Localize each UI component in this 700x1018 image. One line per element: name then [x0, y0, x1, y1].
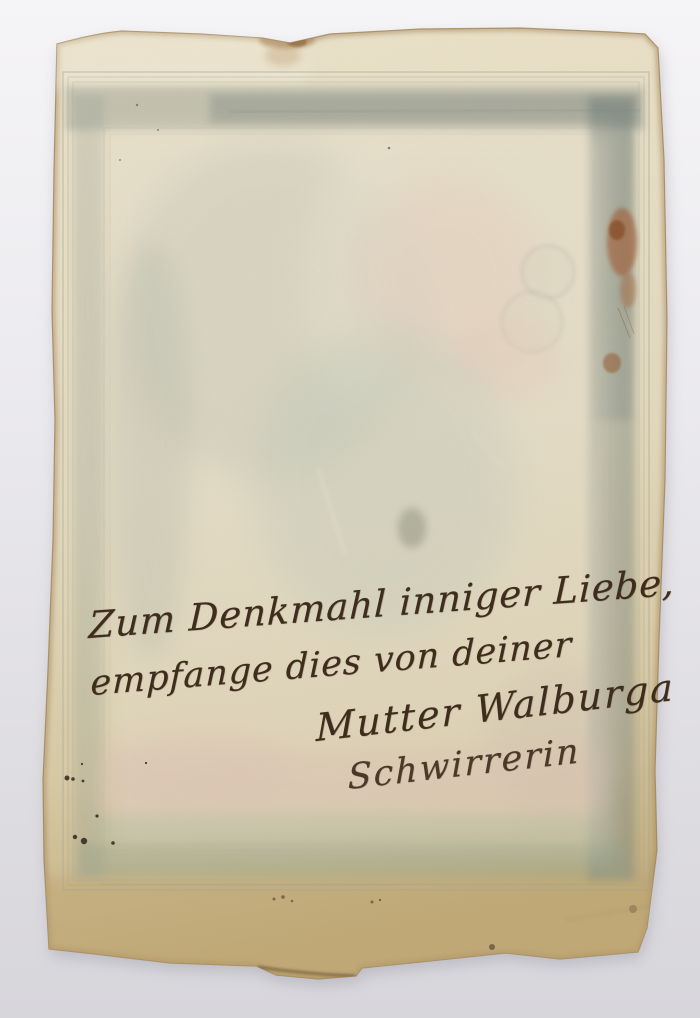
photograph-of-document-back: Zum Denkmahl inniger Liebe, empfange die… — [0, 0, 700, 1018]
paper-artwork — [0, 0, 700, 1018]
paper-grain-texture — [35, 20, 675, 990]
